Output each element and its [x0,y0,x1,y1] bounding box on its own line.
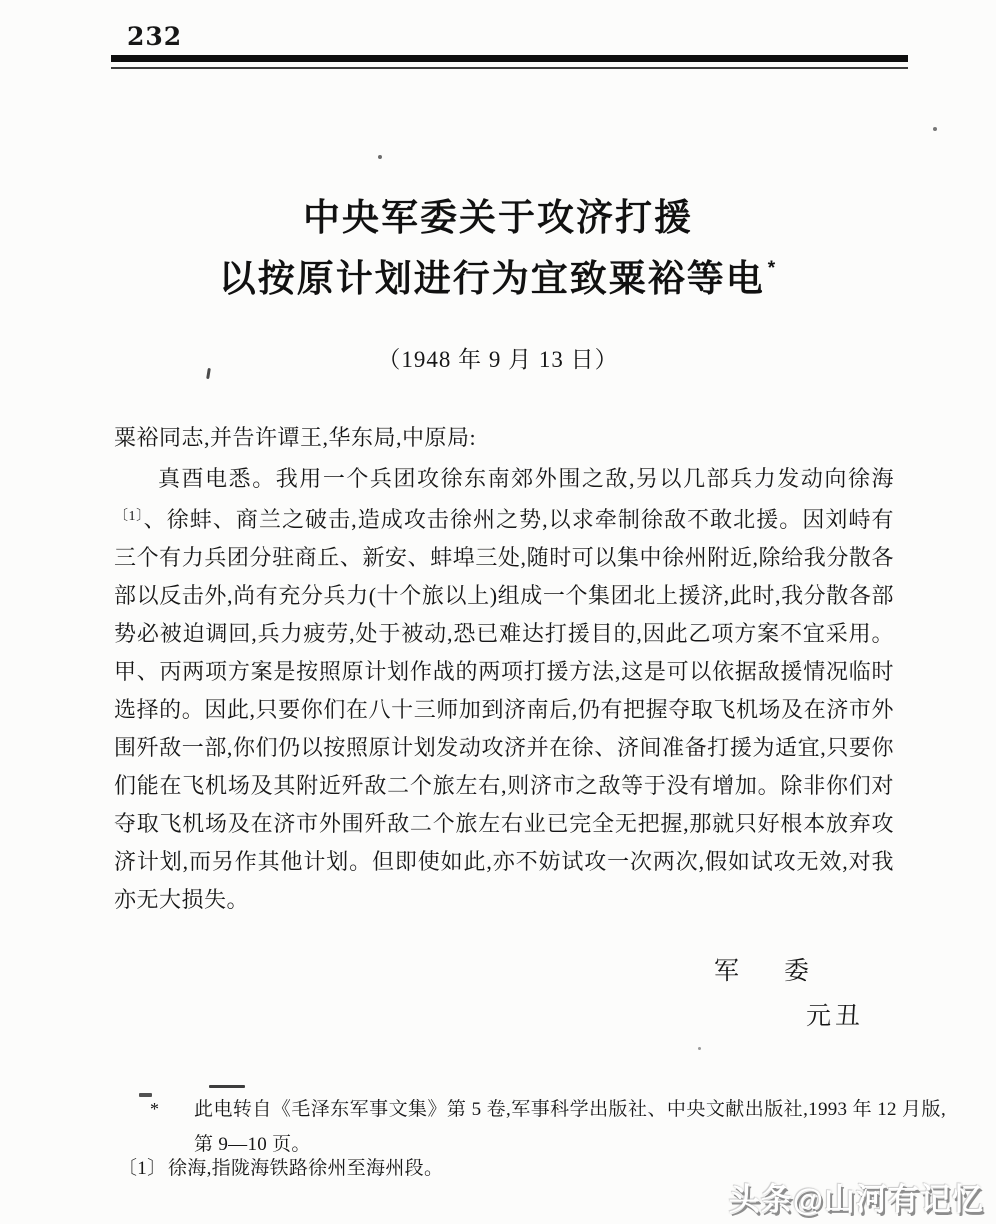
footnote-1-text: 徐海,指陇海铁路徐州至海州段。 [168,1151,443,1186]
signature-name-right: 委 [784,951,809,987]
document-date: （1948 年 9 月 13 日） [0,341,996,374]
scan-artifact [698,1047,701,1050]
salutation-line: 粟裕同志,并告许谭王,华东局,中原局: [114,421,476,452]
toutiao-watermark: 头条@山河有记忆 [729,1174,984,1219]
scanned-book-page: 232 中央军委关于攻济打援以按原计划进行为宜致粟裕等电* （1948 年 9 … [0,0,996,1224]
signature-name-left: 军 [714,951,739,987]
paragraph-text-post: 、徐蚌、商兰之破击,造成攻击徐州之势,以求牵制徐敌不敢北援。因刘峙有三个有力兵团… [114,507,894,912]
page-number: 232 [127,22,182,51]
footnote-1-marker: 〔1〕 [118,1151,168,1186]
document-title: 中央军委关于攻济打援以按原计划进行为宜致粟裕等电* [0,192,996,304]
signature-date-code: 元丑 [806,996,864,1032]
body-paragraph: 真酉电悉。我用一个兵团攻徐东南郊外围之敌,另以几部兵力发动向徐海〔1〕、徐蚌、商… [114,460,894,919]
footnote-reference-1: 〔1〕 [114,509,144,524]
scan-artifact [933,127,937,131]
title-footnote-marker: * [768,258,777,279]
scan-artifact [139,1093,152,1097]
header-rule-thick [111,55,908,62]
footnote-1: 〔1〕 徐海,指陇海铁路徐州至海州段。 [118,1151,443,1186]
header-rule-thin [111,67,908,69]
paragraph-text-pre: 真酉电悉。我用一个兵团攻徐东南郊外围之敌,另以几部兵力发动向徐海 [158,466,894,491]
signature-name: 军委 [714,951,809,987]
title-line-2: 以按原计划进行为宜致粟裕等电 [219,258,765,299]
scan-artifact [209,1085,245,1088]
scan-artifact [378,155,382,159]
title-line-1: 中央军委关于攻济打援 [303,197,693,238]
